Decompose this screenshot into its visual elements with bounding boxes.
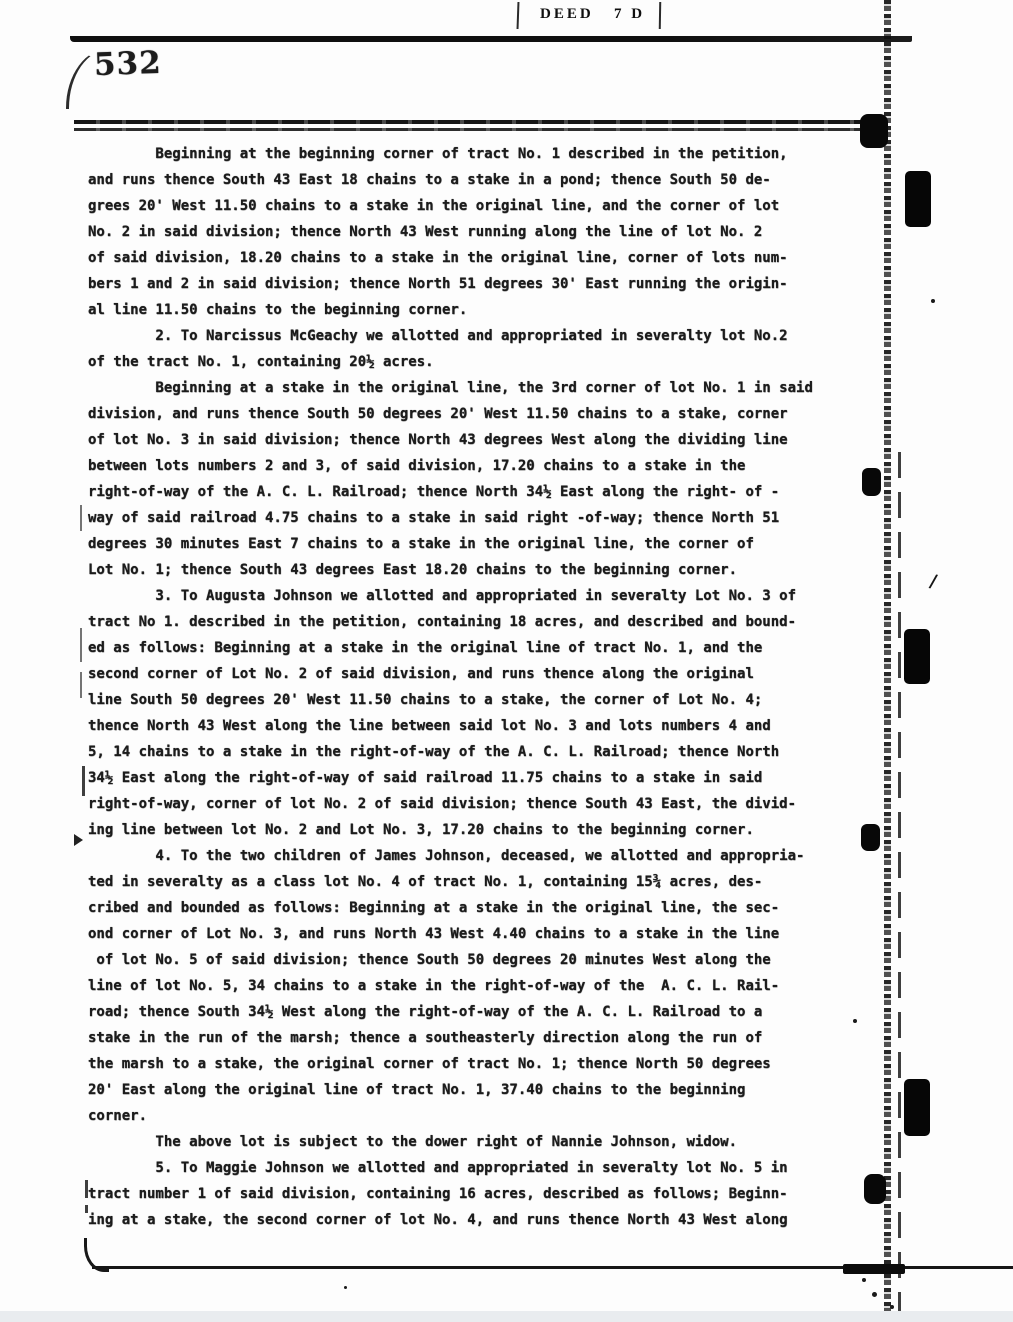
- margin-mark: [85, 1180, 88, 1198]
- text-line: corner.: [88, 1108, 828, 1134]
- scanner-background-strip: [0, 1311, 1013, 1322]
- text-line: The above lot is subject to the dower ri…: [88, 1134, 828, 1160]
- text-line: 34½ East along the right-of-way of said …: [88, 770, 828, 796]
- book-label: DEED: [540, 6, 594, 22]
- ink-blot: [843, 1264, 905, 1274]
- ink-blot: [904, 629, 930, 684]
- scan-speck: [890, 1305, 894, 1309]
- ink-blot: [904, 1079, 930, 1136]
- text-line: line of lot No. 5, 34 chains to a stake …: [88, 978, 828, 1004]
- text-line: ond corner of Lot No. 3, and runs North …: [88, 926, 828, 952]
- scan-speck: [853, 1019, 857, 1023]
- text-line: ing line between lot No. 2 and Lot No. 3…: [88, 822, 828, 848]
- margin-arrow-mark: [74, 834, 83, 846]
- text-line: of said division, 18.20 chains to a stak…: [88, 250, 828, 276]
- text-line: al line 11.50 chains to the beginning co…: [88, 302, 828, 328]
- margin-mark: [80, 628, 82, 662]
- text-line: ing at a stake, the second corner of lot…: [88, 1212, 828, 1238]
- margin-mark: [85, 1205, 88, 1213]
- text-line: 3. To Augusta Johnson we allotted and ap…: [88, 588, 828, 614]
- text-line: 20' East along the original line of trac…: [88, 1082, 828, 1108]
- text-line: line South 50 degrees 20' West 11.50 cha…: [88, 692, 828, 718]
- scan-speck: [931, 299, 935, 303]
- margin-mark: [80, 672, 82, 698]
- double-rule-bottom: [74, 128, 866, 131]
- double-rule-top: [74, 120, 866, 124]
- text-line: cribed and bounded as follows: Beginning…: [88, 900, 828, 926]
- text-line: stake in the run of the marsh; thence a …: [88, 1030, 828, 1056]
- text-line: division, and runs thence South 50 degre…: [88, 406, 828, 432]
- text-line: way of said railroad 4.75 chains to a st…: [88, 510, 828, 536]
- text-line: and runs thence South 43 East 18 chains …: [88, 172, 828, 198]
- text-line: 4. To the two children of James Johnson,…: [88, 848, 828, 874]
- text-line: thence North 43 West along the line betw…: [88, 718, 828, 744]
- text-line: bers 1 and 2 in said division; thence No…: [88, 276, 828, 302]
- text-line: No. 2 in said division; thence North 43 …: [88, 224, 828, 250]
- top-rule-line: [70, 36, 912, 42]
- text-line: 2. To Narcissus McGeachy we allotted and…: [88, 328, 828, 354]
- text-line: road; thence South 34½ West along the ri…: [88, 1004, 828, 1030]
- scan-speck: [344, 1286, 347, 1289]
- ink-blot: [905, 171, 931, 227]
- header-right-tick: [659, 2, 661, 29]
- binding-edge-line-secondary: [898, 452, 901, 1322]
- deed-book-label: DEED 7 D: [540, 6, 660, 23]
- ink-blot: [860, 114, 888, 148]
- margin-mark: [82, 766, 85, 796]
- stray-mark: /: [928, 571, 946, 593]
- text-line: tract number 1 of said division, contain…: [88, 1186, 828, 1212]
- text-line: of lot No. 5 of said division; thence So…: [88, 952, 828, 978]
- scan-speck: [862, 1278, 866, 1282]
- text-line: right-of-way, corner of lot No. 2 of sai…: [88, 796, 828, 822]
- text-line: Beginning at the beginning corner of tra…: [88, 146, 828, 172]
- ink-blot: [864, 1174, 886, 1204]
- text-line: ed as follows: Beginning at a stake in t…: [88, 640, 828, 666]
- text-line: Beginning at a stake in the original lin…: [88, 380, 828, 406]
- binding-edge-line: [884, 0, 891, 1322]
- text-line: the marsh to a stake, the original corne…: [88, 1056, 828, 1082]
- book-number: 7 D: [614, 6, 645, 22]
- scan-speck: [872, 1292, 877, 1297]
- text-line: right-of-way of the A. C. L. Railroad; t…: [88, 484, 828, 510]
- text-line: 5, 14 chains to a stake in the right-of-…: [88, 744, 828, 770]
- text-line: 5. To Maggie Johnson we allotted and app…: [88, 1160, 828, 1186]
- text-line: grees 20' West 11.50 chains to a stake i…: [88, 198, 828, 224]
- text-line: tract No 1. described in the petition, c…: [88, 614, 828, 640]
- header-left-tick: [517, 2, 520, 29]
- text-line: ted in severalty as a class lot No. 4 of…: [88, 874, 828, 900]
- deed-body-text: Beginning at the beginning corner of tra…: [88, 146, 828, 1238]
- text-line: between lots numbers 2 and 3, of said di…: [88, 458, 828, 484]
- ink-blot: [862, 468, 881, 496]
- page-number: 532: [93, 45, 162, 83]
- text-line: of the tract No. 1, containing 20½ acres…: [88, 354, 828, 380]
- margin-mark: [80, 505, 82, 531]
- deed-book-scan-page: DEED 7 D 532 Beginning at the beginning …: [0, 0, 1013, 1322]
- text-line: degrees 30 minutes East 7 chains to a st…: [88, 536, 828, 562]
- text-line: Lot No. 1; thence South 43 degrees East …: [88, 562, 828, 588]
- page-header: DEED 7 D: [0, 0, 1013, 34]
- text-line: of lot No. 3 in said division; thence No…: [88, 432, 828, 458]
- text-line: second corner of Lot No. 2 of said divis…: [88, 666, 828, 692]
- ink-blot: [861, 824, 880, 851]
